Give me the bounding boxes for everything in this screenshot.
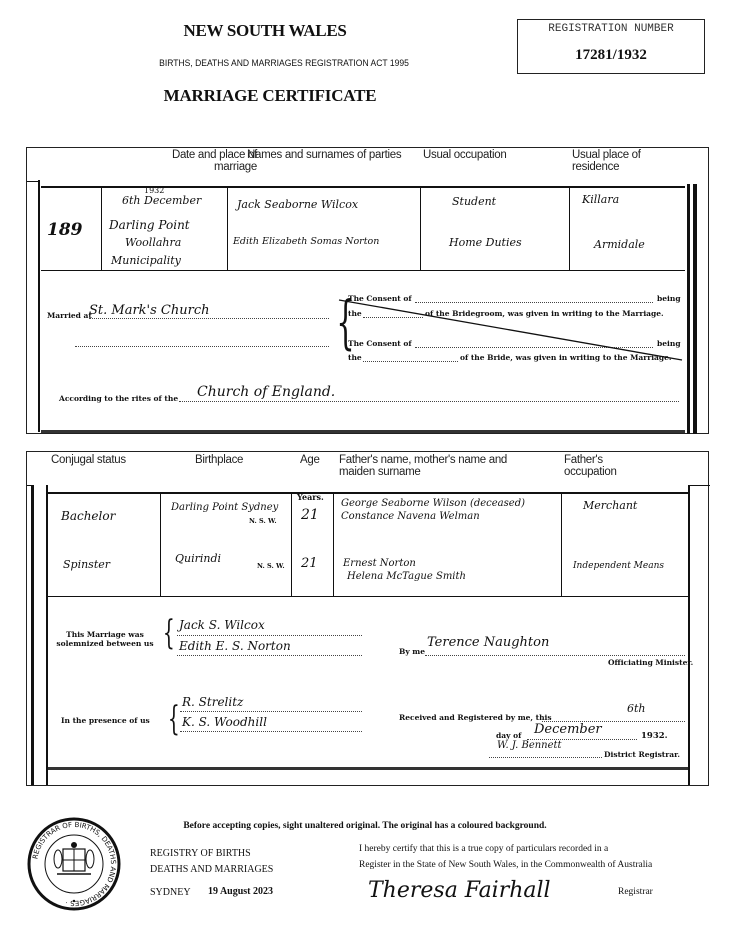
- groom-name: Jack Seaborne Wilcox: [237, 198, 358, 211]
- married-at-value: St. Mark's Church: [89, 303, 210, 318]
- bride-birthplace: Quirindi: [175, 552, 221, 565]
- parties-details-panel: Conjugal status Birthplace Age Father's …: [26, 451, 709, 786]
- right-double-rule: [687, 184, 690, 434]
- certification-line-2: Register in the State of New South Wales…: [359, 857, 652, 873]
- groom-birthplace-state: N. S. W.: [249, 517, 277, 525]
- bride-conjugal-status: Spinster: [63, 558, 110, 571]
- registration-number: 17281/1932: [518, 47, 704, 64]
- received-label: Received and Registered by me, this: [399, 713, 552, 722]
- rites-value: Church of England.: [197, 384, 335, 400]
- bride-name: Edith Elizabeth Somas Norton: [233, 236, 379, 247]
- col-header-parents: Father's name, mother's name and maiden …: [339, 454, 539, 478]
- bride-residence: Armidale: [594, 238, 645, 251]
- dotted-line: [180, 711, 362, 712]
- married-at-label: Married at: [47, 311, 92, 320]
- marriage-details-panel: Date and place of marriage Names and sur…: [26, 147, 709, 434]
- marriage-date: 6th December: [122, 194, 201, 207]
- bottom-rule: [48, 767, 688, 770]
- left-margin-line: [46, 485, 48, 785]
- registrar-seal-icon: REGISTRAR OF BIRTHS, DEATHS AND MARRIAGE…: [27, 817, 121, 911]
- dotted-line: [425, 655, 685, 656]
- col-header-age: Age: [300, 454, 330, 466]
- act-heading: BIRTHS, DEATHS AND MARRIAGES REGISTRATIO…: [28, 58, 539, 69]
- right-double-rule-2: [693, 184, 697, 434]
- left-double-rule: [31, 485, 34, 785]
- row-rule: [48, 596, 688, 597]
- col-divider: [101, 186, 102, 270]
- registration-number-box: REGISTRATION NUMBER 17281/1932: [517, 19, 705, 74]
- witness-2-signature: K. S. Woodhill: [182, 715, 267, 729]
- bride-mother-name: Helena McTague Smith: [347, 571, 466, 582]
- registry-name-line-1: REGISTRY OF BIRTHS: [150, 846, 273, 862]
- consent-strikethrough-line: [337, 298, 687, 368]
- groom-occupation: Student: [452, 195, 496, 208]
- tick: [27, 181, 38, 182]
- dotted-line: [177, 635, 362, 636]
- witness-1-signature: R. Strelitz: [182, 695, 243, 709]
- solemnized-brace: {: [163, 616, 175, 650]
- minister-signature: Terence Naughton: [427, 635, 549, 650]
- left-margin-line: [38, 180, 40, 432]
- marriage-place-line-2: Woollahra: [125, 236, 181, 249]
- col-divider: [561, 492, 562, 596]
- by-me-label: By me: [399, 647, 425, 656]
- col-divider: [160, 492, 161, 596]
- district-registrar-title: District Registrar.: [604, 750, 680, 759]
- registrar-signature: Theresa Fairhall: [368, 878, 551, 903]
- presence-label: In the presence of us: [61, 716, 150, 725]
- marriage-place-line-3: Municipality: [111, 254, 181, 267]
- col-divider: [227, 186, 228, 270]
- groom-birthplace: Darling Point Sydney: [171, 502, 281, 514]
- dotted-line: [180, 731, 362, 732]
- col-header-occupation: Usual occupation: [423, 149, 553, 161]
- received-year: 1932.: [641, 731, 668, 741]
- col-header-names: Names and surnames of parties: [247, 149, 437, 161]
- state-heading: NEW SOUTH WALES: [0, 21, 530, 41]
- registry-name: REGISTRY OF BIRTHS DEATHS AND MARRIAGES: [150, 846, 273, 878]
- issue-city: SYDNEY: [150, 885, 191, 901]
- rites-label: According to the rites of the: [59, 394, 178, 403]
- col-header-residence: Usual place of residence: [572, 149, 672, 173]
- groom-mother-name: Constance Navena Welman: [341, 511, 480, 522]
- row-rule: [41, 270, 685, 271]
- bride-age: 21: [301, 556, 318, 571]
- table-top-rule: [48, 492, 688, 494]
- day-of-label: day of: [496, 731, 521, 740]
- received-month: December: [534, 722, 602, 737]
- bride-father-occupation: Independent Means: [573, 561, 664, 571]
- presence-brace: {: [168, 702, 180, 736]
- tick: [690, 485, 710, 486]
- groom-father-name: George Seaborne Wilson (deceased): [341, 498, 525, 509]
- bottom-rule: [41, 430, 685, 433]
- certification-statement: I hereby certify that this is a true cop…: [359, 841, 652, 873]
- bride-birthplace-state: N. S. W.: [257, 562, 285, 570]
- dotted-line: [177, 655, 362, 656]
- minister-title: Officiating Minister.: [608, 658, 693, 667]
- age-unit-label: Years.: [297, 492, 324, 502]
- groom-conjugal-status: Bachelor: [61, 509, 115, 523]
- col-divider: [333, 492, 334, 596]
- tick: [27, 485, 33, 486]
- registration-number-label: REGISTRATION NUMBER: [518, 23, 704, 35]
- dotted-line: [75, 346, 329, 347]
- dotted-line: [179, 401, 679, 402]
- col-header-father-occupation: Father's occupation: [564, 454, 634, 478]
- groom-age: 21: [301, 507, 319, 523]
- dotted-line: [489, 757, 602, 758]
- certificate-title: MARRIAGE CERTIFICATE: [0, 86, 540, 106]
- registrar-label: Registrar: [618, 884, 653, 900]
- entry-number: 189: [47, 220, 83, 240]
- marriage-place-line-1: Darling Point: [109, 218, 190, 232]
- groom-signature: Jack S. Wilcox: [179, 618, 265, 632]
- bride-occupation: Home Duties: [449, 236, 522, 249]
- right-margin-line: [688, 485, 690, 785]
- bride-father-name: Ernest Norton: [343, 558, 416, 569]
- table-top-rule: [41, 186, 685, 188]
- col-header-birthplace: Birthplace: [195, 454, 275, 466]
- groom-father-occupation: Merchant: [583, 499, 637, 512]
- bride-signature: Edith E. S. Norton: [179, 639, 291, 653]
- issue-date: 19 August 2023: [208, 884, 273, 900]
- col-divider: [569, 186, 570, 270]
- solemnized-label: This Marriage was solemnized between us: [55, 630, 155, 648]
- groom-residence: Killara: [582, 193, 619, 206]
- dotted-line: [89, 318, 329, 319]
- certification-line-1: I hereby certify that this is a true cop…: [359, 841, 652, 857]
- received-day: 6th: [627, 702, 646, 715]
- col-divider: [420, 186, 421, 270]
- col-header-date-place: Date and place of marriage: [137, 149, 257, 173]
- registry-name-line-2: DEATHS AND MARRIAGES: [150, 862, 273, 878]
- col-header-conjugal: Conjugal status: [51, 454, 161, 466]
- col-divider: [291, 492, 292, 596]
- district-registrar-signature: W. J. Bennett: [497, 740, 562, 751]
